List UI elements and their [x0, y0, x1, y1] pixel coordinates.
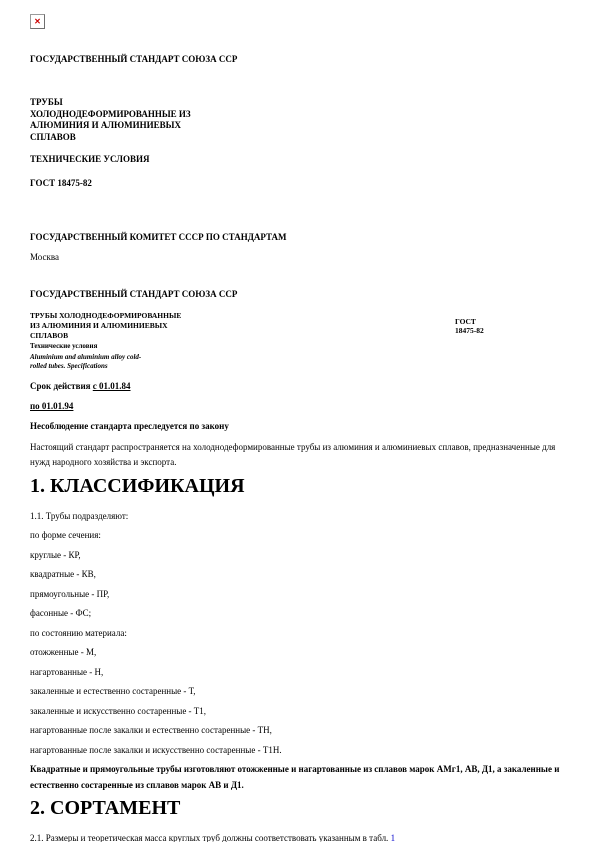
classification-item: круглые - КР,	[30, 548, 565, 564]
classification-item: прямоугольные - ПР,	[30, 587, 565, 603]
document-page: ✕ ГОСУДАРСТВЕННЫЙ СТАНДАРТ СОЮЗА ССР ТРУ…	[0, 0, 595, 842]
clause-1-1: 1.1. Трубы подразделяют:	[30, 509, 565, 525]
title-block-subtitle-ru: Технические условия	[30, 342, 565, 352]
title-block-title-ru: ТРУБЫ ХОЛОДНОДЕФОРМИРОВАННЫЕ ИЗ АЛЮМИНИЯ…	[30, 311, 190, 341]
clause-2-1-text: 2.1. Размеры и теоретическая масса кругл…	[30, 833, 388, 842]
classification-item: закаленные и естественно состаренные - Т…	[30, 684, 565, 700]
validity-label: Срок действия	[30, 381, 91, 391]
standard-header-repeat: ГОСУДАРСТВЕННЫЙ СТАНДАРТ СОЮЗА ССР	[30, 288, 565, 300]
title-block-left: ТРУБЫ ХОЛОДНОДЕФОРМИРОВАННЫЕ ИЗ АЛЮМИНИЯ…	[30, 311, 565, 371]
broken-image-icon: ✕	[30, 14, 45, 29]
law-notice: Несоблюдение стандарта преследуется по з…	[30, 420, 565, 432]
standard-header-top: ГОСУДАРСТВЕННЫЙ СТАНДАРТ СОЮЗА ССР	[30, 53, 565, 65]
broken-image-x-glyph: ✕	[34, 18, 41, 26]
classification-item: фасонные - ФС;	[30, 606, 565, 622]
section-1-heading: 1. КЛАССИФИКАЦИЯ	[30, 475, 565, 497]
classification-item: закаленные и искусственно состаренные - …	[30, 704, 565, 720]
classification-item: квадратные - КВ,	[30, 567, 565, 583]
section-2-heading: 2. СОРТАМЕНТ	[30, 797, 565, 819]
title-block-gost: ГОСТ 18475-82	[455, 317, 484, 335]
gost-code: 18475-82	[455, 326, 484, 335]
section-1-note: Квадратные и прямоугольные трубы изготов…	[30, 762, 565, 793]
title-block: ТРУБЫ ХОЛОДНОДЕФОРМИРОВАННЫЕ ИЗ АЛЮМИНИЯ…	[30, 311, 565, 371]
gost-number: ГОСТ 18475-82	[30, 177, 565, 189]
table-1-link[interactable]: 1	[391, 833, 396, 842]
validity-from-link[interactable]: с 01.01.84	[93, 381, 131, 391]
classification-item: по состоянию материала:	[30, 626, 565, 642]
classification-item: нагартованные - Н,	[30, 665, 565, 681]
classification-item: нагартованные после закалки и естественн…	[30, 723, 565, 739]
validity-to-line: по 01.01.94	[30, 400, 565, 412]
subtitle-technical-conditions: ТЕХНИЧЕСКИЕ УСЛОВИЯ	[30, 153, 565, 165]
validity-from-line: Срок действия с 01.01.84	[30, 380, 565, 392]
clause-2-1: 2.1. Размеры и теоретическая масса кругл…	[30, 831, 565, 842]
committee-line: ГОСУДАРСТВЕННЫЙ КОМИТЕТ СССР ПО СТАНДАРТ…	[30, 231, 565, 243]
city-line: Москва	[30, 251, 565, 263]
gost-label: ГОСТ	[455, 317, 484, 326]
document-main-title: ТРУБЫ ХОЛОДНОДЕФОРМИРОВАННЫЕ ИЗ АЛЮМИНИЯ…	[30, 97, 210, 143]
classification-item: по форме сечения:	[30, 528, 565, 544]
intro-paragraph: Настоящий стандарт распространяется на х…	[30, 440, 565, 471]
classification-item: отожженные - М,	[30, 645, 565, 661]
title-block-title-en: Aluminium and aluminium alloy cold-rolle…	[30, 353, 150, 371]
classification-item: нагартованные после закалки и искусствен…	[30, 743, 565, 759]
validity-to-link[interactable]: по 01.01.94	[30, 401, 73, 411]
